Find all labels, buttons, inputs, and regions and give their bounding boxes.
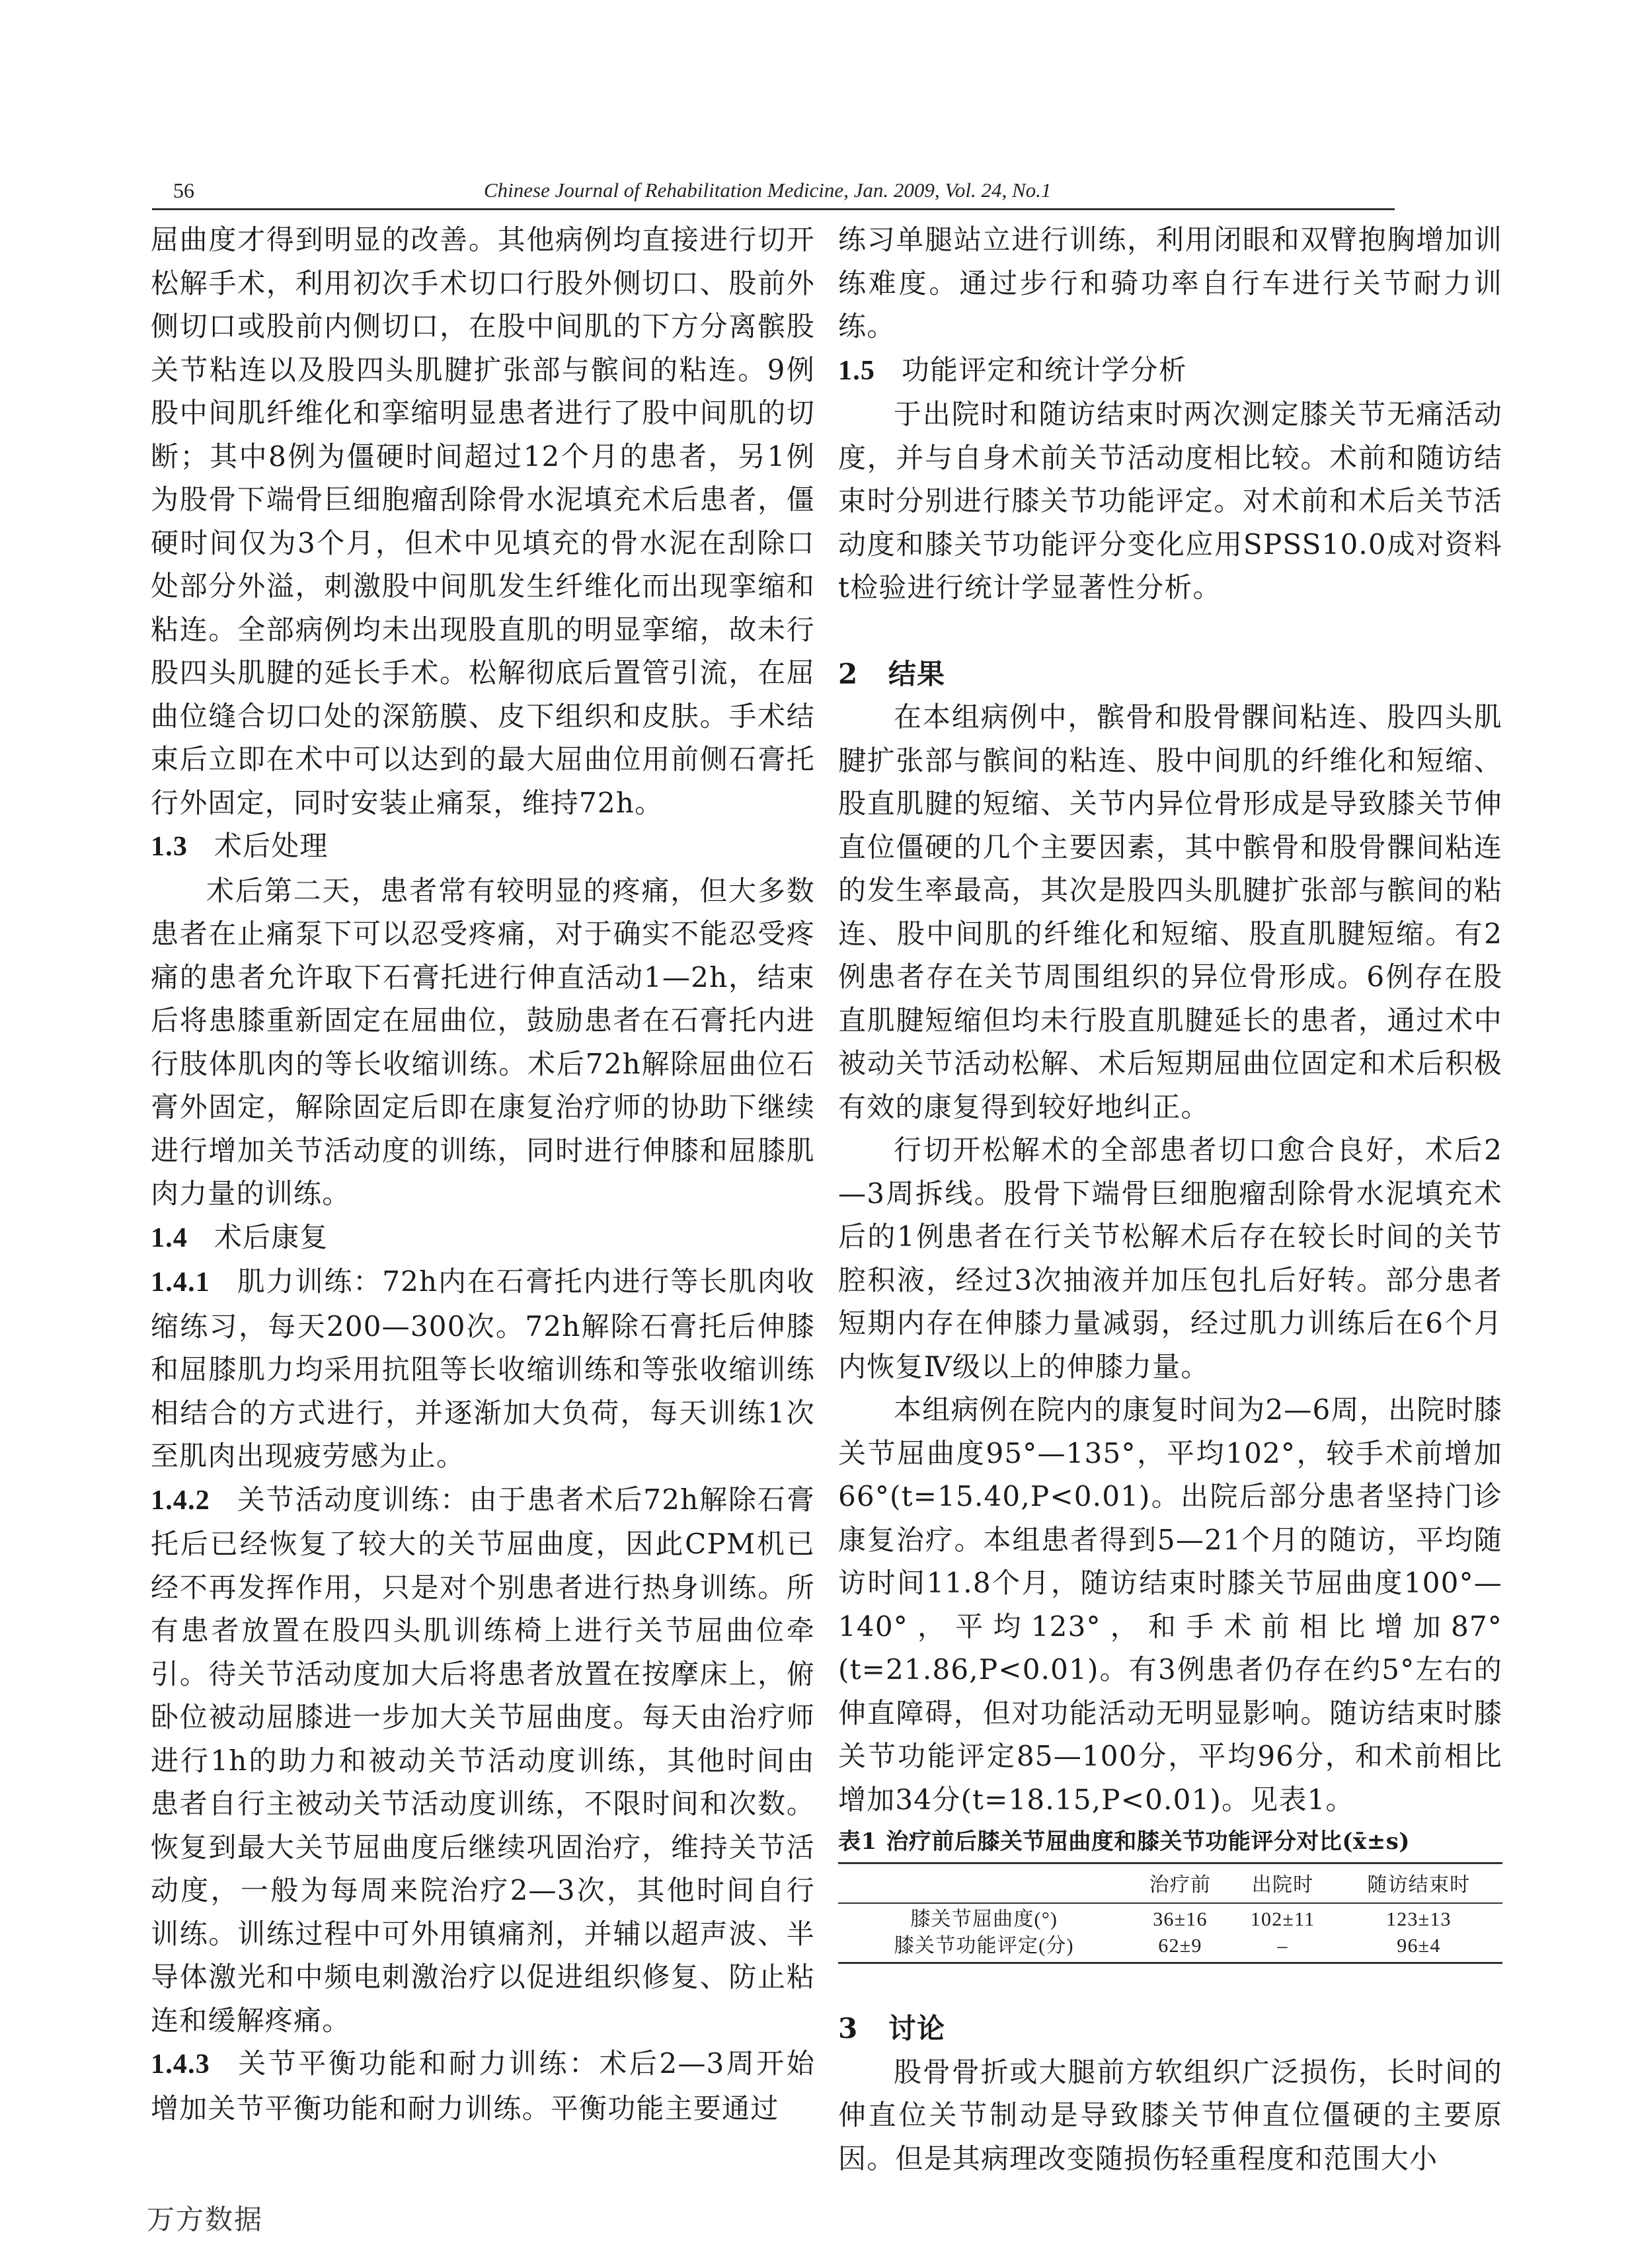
page-number: 56 [173,178,194,203]
column-header: 治疗前 [1130,1864,1230,1903]
section-heading-2: 2 结果 [838,652,1502,696]
section-heading-1-3: 1.3 术后处理 [151,824,815,869]
section-number: 1.3 [151,826,204,869]
section-number: 1.5 [838,350,891,393]
row-label: 膝关节屈曲度(°) [838,1903,1130,1933]
table-header-row: 治疗前 出院时 随访结束时 [838,1864,1502,1903]
section-heading-3: 3 讨论 [838,2007,1502,2051]
paragraph-postop-care: 术后第二天，患者常有较明显的疼痛，但大多数患者在止痛泵下可以忍受疼痛，对于确实不… [151,869,815,1216]
subsection-text: 关节活动度训练：由于患者术后72h解除石膏托后已经恢复了较大的关节屈曲度，因此C… [151,1483,815,2037]
section-number: 2 [838,652,878,696]
paragraph-continued: 屈曲度才得到明显的改善。其他病例均直接进行切开松解手术，利用初次手术切口行股外侧… [151,218,815,824]
subsection-1-4-2: 1.4.2关节活动度训练：由于患者术后72h解除石膏托后已经恢复了较大的关节屈曲… [151,1478,815,2043]
section-heading-1-5: 1.5 功能评定和统计学分析 [838,348,1502,393]
table-row: 膝关节功能评定(分) 62±9 – 96±4 [838,1933,1502,1963]
journal-citation: Chinese Journal of Rehabilitation Medici… [484,178,1051,202]
section-number: 3 [838,2007,878,2051]
column-header: 随访结束时 [1335,1864,1502,1903]
table-cell: 36±16 [1130,1903,1230,1933]
paragraph-evaluation-statistics: 于出院时和随访结束时两次测定膝关节无痛活动度，并与自身术前关节活动度相比较。术前… [838,393,1502,609]
subsection-1-4-3: 1.4.3关节平衡功能和耐力训练：术后2—3周开始增加关节平衡功能和耐力训练。平… [151,2042,815,2130]
column-header: 出院时 [1230,1864,1335,1903]
subsection-1-4-1: 1.4.1肌力训练：72h内在石膏托内进行等长肌肉收缩练习，每天200—300次… [151,1260,815,1478]
section-title: 讨论 [888,2012,945,2045]
column-header [838,1864,1130,1903]
section-title: 结果 [888,658,945,690]
left-column: 屈曲度才得到明显的改善。其他病例均直接进行切开松解手术，利用初次手术切口行股外侧… [151,218,815,2130]
paragraph-discussion: 股骨骨折或大腿前方软组织广泛损伤，长时间的伸直位关节制动是导致膝关节伸直位僵硬的… [838,2051,1502,2181]
paragraph-results-3: 本组病例在院内的康复时间为2—6周，出院时膝关节屈曲度95°—135°，平均10… [838,1388,1502,1821]
right-column: 练习单腿站立进行训练，利用闭眼和双臂抱胸增加训练难度。通过步行和骑功率自行车进行… [838,218,1502,2180]
watermark: 万方数据 [147,2198,263,2238]
subsection-number: 1.4.3 [151,2043,237,2087]
paragraph-results-2: 行切开松解术的全部患者切口愈合良好，术后2—3周拆线。股骨下端骨巨细胞瘤刮除骨水… [838,1128,1502,1388]
subsection-text: 肌力训练：72h内在石膏托内进行等长肌肉收缩练习，每天200—300次。72h解… [151,1265,815,1472]
section-heading-1-4: 1.4 术后康复 [151,1216,815,1261]
comparison-table: 治疗前 出院时 随访结束时 膝关节屈曲度(°) 36±16 102±11 123… [838,1864,1502,1964]
table-number: 表1 [838,1825,878,1858]
table-cell: 123±13 [1335,1903,1502,1933]
table-cell: – [1230,1933,1335,1963]
spacer [838,609,1502,652]
table-cell: 96±4 [1335,1933,1502,1963]
table-row: 膝关节屈曲度(°) 36±16 102±11 123±13 [838,1903,1502,1933]
table-cell: 102±11 [1230,1903,1335,1933]
table-cell: 62±9 [1130,1933,1230,1963]
header-rule [152,208,1395,210]
subsection-number: 1.4.2 [151,1479,237,1523]
paragraph-results-1: 在本组病例中，髌骨和股骨髁间粘连、股四头肌腱扩张部与髌间的粘连、股中间肌的纤维化… [838,695,1502,1128]
table-title: 治疗前后膝关节屈曲度和膝关节功能评分对比(x̄±s) [886,1828,1410,1855]
table-caption: 表1 治疗前后膝关节屈曲度和膝关节功能评分对比(x̄±s) [838,1825,1502,1864]
paragraph-continued: 练习单腿站立进行训练，利用闭眼和双臂抱胸增加训练难度。通过步行和骑功率自行车进行… [838,218,1502,348]
row-label: 膝关节功能评定(分) [838,1933,1130,1963]
table-1: 表1 治疗前后膝关节屈曲度和膝关节功能评分对比(x̄±s) 治疗前 出院时 随访… [838,1825,1502,1964]
subsection-number: 1.4.1 [151,1261,237,1305]
section-number: 1.4 [151,1217,204,1261]
section-title: 功能评定和统计学分析 [902,354,1187,386]
running-header: 56 Chinese Journal of Rehabilitation Med… [173,173,1403,206]
section-title: 术后处理 [214,830,329,862]
subsection-text: 关节平衡功能和耐力训练：术后2—3周开始增加关节平衡功能和耐力训练。平衡功能主要… [151,2047,815,2125]
section-title: 术后康复 [214,1221,329,1253]
spacer [838,1964,1502,2007]
